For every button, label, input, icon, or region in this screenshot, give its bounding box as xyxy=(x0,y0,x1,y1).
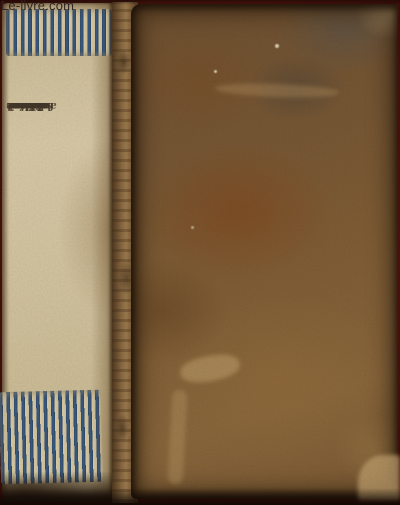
watermark: Le-livre.com xyxy=(1,0,74,13)
spine-striped-paper-top xyxy=(6,9,112,56)
bottom-shadow xyxy=(0,488,400,505)
photo-antique-book: ans les châtier avoit n comme ôtées être… xyxy=(0,0,400,505)
leather-wear-mark xyxy=(178,351,241,386)
book-spine: ans les châtier avoit n comme ôtées être… xyxy=(2,3,116,502)
spine-waste-paper-text: ans les châtier avoit n comme ôtées être… xyxy=(4,93,106,385)
leather-wear-mark xyxy=(168,390,188,485)
leather-scratch xyxy=(215,82,339,99)
leather-speck xyxy=(214,70,217,73)
spine-text-line: saient d xyxy=(4,93,106,114)
book-front-cover xyxy=(131,4,398,499)
leather-speck xyxy=(191,226,194,229)
leather-speck xyxy=(275,44,279,48)
